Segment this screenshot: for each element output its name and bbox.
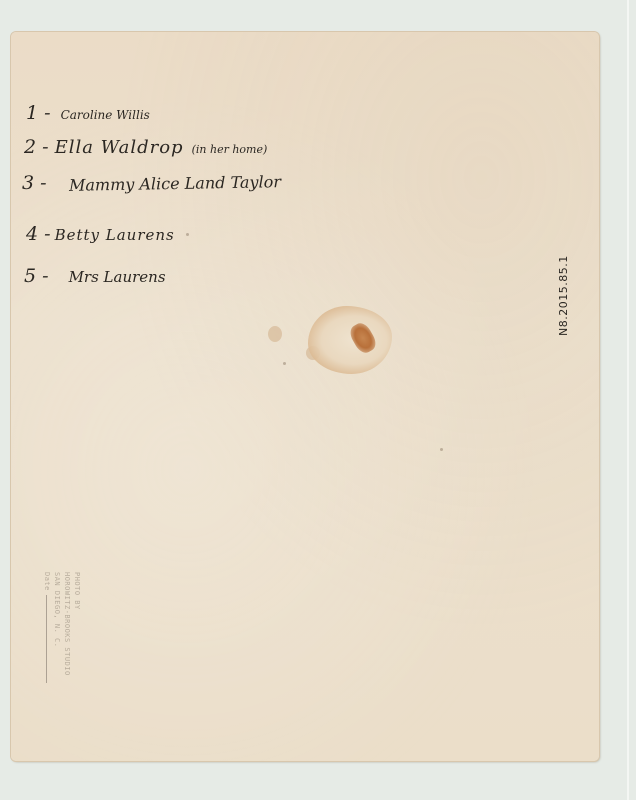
- list-item-number: 2 -: [24, 136, 49, 158]
- stamp-date-label: Date: [43, 572, 51, 591]
- stamp-line-2: HOROWITZ-BROOKS STUDIO: [62, 572, 72, 683]
- studio-stamp: PHOTO BY HOROWITZ-BROOKS STUDIO SAN DIEG…: [42, 572, 82, 683]
- list-item-name: Mrs Laurens: [69, 268, 166, 286]
- list-item-note: (in her home): [192, 143, 268, 156]
- list-item-name: Caroline Willis: [61, 108, 150, 122]
- list-item-number: 5 -: [24, 265, 49, 287]
- list-item-name: Mammy Alice Land Taylor: [68, 172, 280, 195]
- list-item-2: 2 -Ella Waldrop(in her home): [24, 136, 267, 158]
- scanner-edge-line: [627, 0, 629, 800]
- speck: [186, 233, 189, 236]
- list-item-number: 1 -: [26, 102, 51, 124]
- stamp-line-3: SAN DIEGO, N. C.: [52, 572, 62, 683]
- stain-spot: [268, 326, 282, 342]
- list-item-4: 4 -Betty Laurens: [26, 223, 175, 245]
- stamp-line-1: PHOTO BY: [72, 572, 82, 683]
- speck: [440, 448, 443, 451]
- list-item-3: 3 -Mammy Alice Land Taylor: [22, 172, 280, 194]
- list-item-1: 1 -Caroline Willis: [26, 102, 150, 124]
- list-item-name: Betty Laurens: [55, 226, 175, 244]
- list-item-name: Ella Waldrop: [55, 137, 184, 158]
- list-item-number: 3 -: [22, 172, 47, 194]
- list-item-5: 5 -Mrs Laurens: [24, 265, 166, 287]
- list-item-number: 4 -: [26, 223, 51, 245]
- speck: [283, 362, 286, 365]
- accession-number: N8.2015.85.1: [557, 255, 570, 336]
- stamp-date-line: [47, 595, 48, 683]
